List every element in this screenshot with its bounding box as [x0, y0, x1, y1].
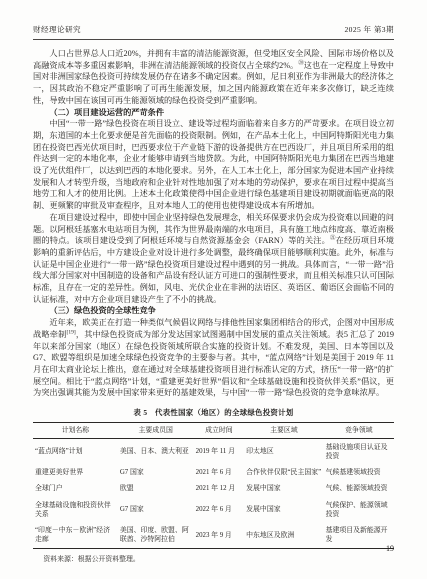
table-cell: 2019 年 11 月	[194, 439, 245, 465]
table-header-row: 计划名称 主要成员国 成立时间 主要区域 竞争领域	[33, 423, 394, 439]
table-cell: 发展中国家	[244, 481, 323, 497]
table-row: 重建更美好世界 G7 国家 2021 年 6 月 合作伙伴仅限“民主国家” 气候…	[33, 465, 394, 481]
table-cell: “蓝点网络”计划	[33, 439, 118, 465]
table-header-region: 主要区域	[244, 423, 323, 439]
article-body: 人口占世界总人口近20%，并拥有丰富的清洁能源资源，但受地区安全风险、国际市场价…	[33, 48, 394, 399]
paragraph-4-text-cont: ，其中绿色投资成为部分发达国家试图遏制中国发展的重点关注领域。表5 汇总了 20…	[33, 330, 394, 398]
paragraph-3-text-cont: 在经历项目环境影响的重新评估后，中方建设企业对设计进行多处调整，最终确保项目能够…	[33, 236, 394, 304]
table-header-plan: 计划名称	[33, 423, 118, 439]
table-cell: 基建项目及新能源开发	[324, 523, 394, 549]
table-row: “蓝点网络”计划 美国、日本、澳大利亚 2019 年 11 月 印太地区 基础设…	[33, 439, 394, 465]
header-rule	[33, 39, 394, 40]
table-cell: 气候保护、能源领域投资	[324, 497, 394, 522]
table-row: 全球门户 欧盟 2021 年 12 月 发展中国家 气候、能源领域投资	[33, 481, 394, 497]
table-cell: 美国、印度、欧盟、阿联酋、沙特阿拉伯	[118, 523, 194, 549]
issue-label: 2025 年 第3期	[344, 24, 394, 35]
table-cell: G7 国家	[118, 497, 194, 522]
table-cell: 全球基础设施和投资伙伴关系	[33, 497, 118, 522]
table-row: 全球基础设施和投资伙伴关系 G7 国家 2022 年 6 月 发展中国家 气候保…	[33, 497, 394, 522]
section-heading-3: （三）绿色投资的全球性竞争	[33, 305, 394, 317]
table-cell: 气候、能源领域投资	[324, 481, 394, 497]
paragraph-3: 在项目建设过程中，即使中国企业坚持绿色发展理念，相关环保要求仍会成为投资难以回避…	[33, 212, 394, 306]
page-header: 财经理论研究 2025 年 第3期	[33, 24, 394, 39]
table-cell: 中东地区及欧洲	[244, 523, 323, 549]
table-header-members: 主要成员国	[118, 423, 194, 439]
table-row: “印度－中东－欧洲”经济走廊 美国、印度、欧盟、阿联酋、沙特阿拉伯 2023 年…	[33, 523, 394, 549]
table-header-founded: 成立时间	[194, 423, 245, 439]
table-cell: 印太地区	[244, 439, 323, 465]
table-cell: 合作伙伴仅限“民主国家”	[244, 465, 323, 481]
table-cell: 气候基建领域投资	[324, 465, 394, 481]
table-cell: 欧盟	[118, 481, 194, 497]
table-cell: 重建更美好世界	[33, 465, 118, 481]
table-cell: 发展中国家	[244, 497, 323, 522]
citation-marker: [19]	[67, 329, 76, 335]
table-title: 表 5 代表性国家（地区）的全球绿色投资计划	[33, 407, 394, 418]
paper-page: 财经理论研究 2025 年 第3期 人口占世界总人口近20%，并拥有丰富的清洁能…	[0, 0, 427, 579]
table-cell: G7 国家	[118, 465, 194, 481]
table-cell: “印度－中东－欧洲”经济走廊	[33, 523, 118, 549]
table-header-field: 竞争领域	[324, 423, 394, 439]
table-cell: 美国、日本、澳大利亚	[118, 439, 194, 465]
table-block: 表 5 代表性国家（地区）的全球绿色投资计划 计划名称 主要成员国 成立时间 主…	[33, 407, 394, 563]
paragraph-1: 人口占世界总人口近20%，并拥有丰富的清洁能源资源，但受地区安全风险、国际市场价…	[33, 48, 394, 107]
table-source-note: 资料来源：根据公开资料整理。	[33, 553, 394, 563]
paragraph-2: 中国“一带一路”绿色投资在项目设立、建设等过程均面临着来自多方的严苛要求。在项目…	[33, 118, 394, 212]
paragraph-4: 近年来，欧美正在打造一种类似气候倡议网络与排他性国家集团相结合的形式，企图对中国…	[33, 317, 394, 399]
table-cell: 2021 年 12 月	[194, 481, 245, 497]
table-cell: 基础设施项目认证及投资	[324, 439, 394, 465]
table-cell: 全球门户	[33, 481, 118, 497]
section-heading-2: （二）项目建设运营的严苛条件	[33, 107, 394, 119]
journal-name: 财经理论研究	[33, 24, 81, 35]
global-green-investment-table: 计划名称 主要成员国 成立时间 主要区域 竞争领域 “蓝点网络”计划 美国、日本…	[33, 422, 394, 549]
page-number: 19	[386, 544, 394, 553]
table-cell: 2022 年 6 月	[194, 497, 245, 522]
table-cell: 2023 年 9 月	[194, 523, 245, 549]
table-cell: 2021 年 6 月	[194, 465, 245, 481]
